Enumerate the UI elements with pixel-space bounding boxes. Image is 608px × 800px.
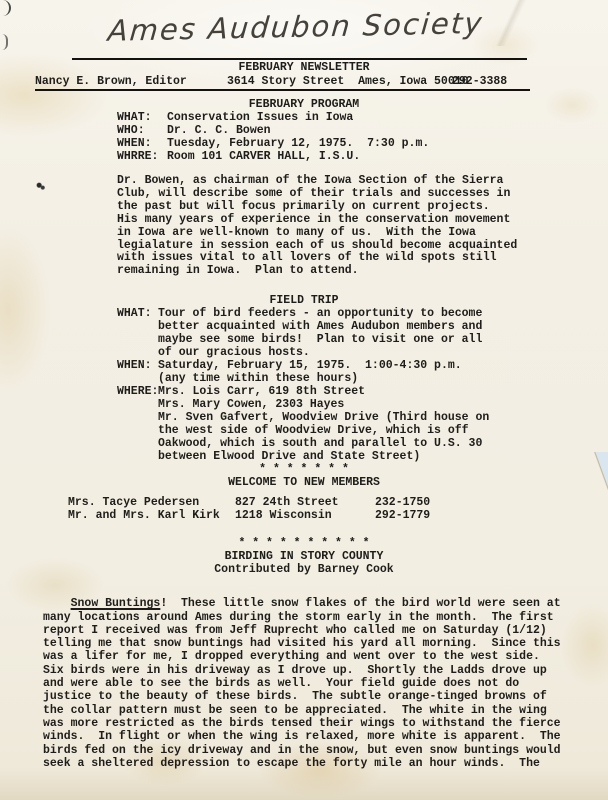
newsletter-title: FEBRUARY NEWSLETTER (0, 62, 608, 75)
field-value: Tour of bird feeders - an opportunity to… (158, 308, 482, 360)
field-label: WHAT: (117, 112, 152, 125)
field-value: Mrs. Lois Carr, 619 8th Street Mrs. Mary… (158, 386, 489, 463)
program-field-where: WHRRE: Room 101 CARVER HALL, I.S.U. (117, 151, 360, 164)
member-name: Mrs. Tacye Pedersen (68, 497, 199, 510)
member-address: 1218 Wisconsin (235, 510, 332, 523)
field-label: WHERE: (117, 386, 158, 399)
birding-byline: Contributed by Barney Cook (0, 564, 608, 577)
birding-stars: * * * * * * * * * * (0, 538, 608, 551)
newsletter-page: Ames Audubon Society FEBRUARY NEWSLETTER… (0, 0, 608, 800)
birding-article: Snow Buntings! These little snow flakes … (43, 584, 561, 783)
article-body: ! These little snow flakes of the bird w… (43, 597, 561, 770)
field-trip-heading: FIELD TRIP (0, 295, 608, 308)
field-value: Saturday, February 15, 1975. 1:00-4:30 p… (158, 360, 462, 386)
program-heading: FEBRUARY PROGRAM (0, 99, 608, 112)
program-field-what: WHAT: Conservation Issues in Iowa (117, 112, 353, 125)
handwritten-title: Ames Audubon Society (107, 6, 470, 48)
field-trip-when: WHEN: Saturday, February 15, 1975. 1:00-… (117, 360, 462, 386)
editor-phone: 292-3388 (452, 76, 507, 89)
pen-mark (0, 0, 11, 16)
ink-smudge (36, 182, 45, 190)
member-phone: 292-1779 (375, 510, 430, 523)
field-label: WHRRE: (117, 151, 158, 164)
program-description: Dr. Bowen, as chairman of the Iowa Secti… (117, 175, 517, 278)
field-value: Dr. C. C. Bowen (167, 125, 271, 138)
masthead-rule-top (72, 58, 527, 60)
masthead-rule-bottom (35, 89, 530, 91)
field-label: WHO: (117, 125, 145, 138)
field-label: WHEN: (117, 360, 152, 373)
article-lead: Snow Buntings (71, 597, 161, 610)
program-field-who: WHO: Dr. C. C. Bowen (117, 125, 271, 138)
field-trip-where: WHERE: Mrs. Lois Carr, 619 8th Street Mr… (117, 386, 489, 463)
member-phone: 232-1750 (375, 497, 430, 510)
program-field-when: WHEN: Tuesday, February 12, 1975. 7:30 p… (117, 138, 429, 151)
member-row: Mr. and Mrs. Karl Kirk 1218 Wisconsin 29… (0, 510, 608, 523)
birding-heading: BIRDING IN STORY COUNTY (0, 551, 608, 564)
editor-name: Nancy E. Brown, Editor (35, 76, 187, 89)
paper-bottom-edge (0, 786, 608, 800)
welcome-heading: WELCOME TO NEW MEMBERS (0, 477, 608, 490)
field-label: WHAT: (117, 308, 152, 321)
editor-address: 3614 Story Street Ames, Iowa 50010 (227, 76, 469, 89)
field-trip-what: WHAT: Tour of bird feeders - an opportun… (117, 308, 482, 360)
member-address: 827 24th Street (235, 497, 339, 510)
field-value: Conservation Issues in Iowa (167, 112, 353, 125)
field-value: Room 101 CARVER HALL, I.S.U. (167, 151, 360, 164)
member-name: Mr. and Mrs. Karl Kirk (68, 510, 220, 523)
welcome-stars: * * * * * * * (0, 464, 608, 477)
field-value: Tuesday, February 12, 1975. 7:30 p.m. (167, 138, 429, 151)
field-label: WHEN: (117, 138, 152, 151)
pen-mark (0, 34, 8, 50)
